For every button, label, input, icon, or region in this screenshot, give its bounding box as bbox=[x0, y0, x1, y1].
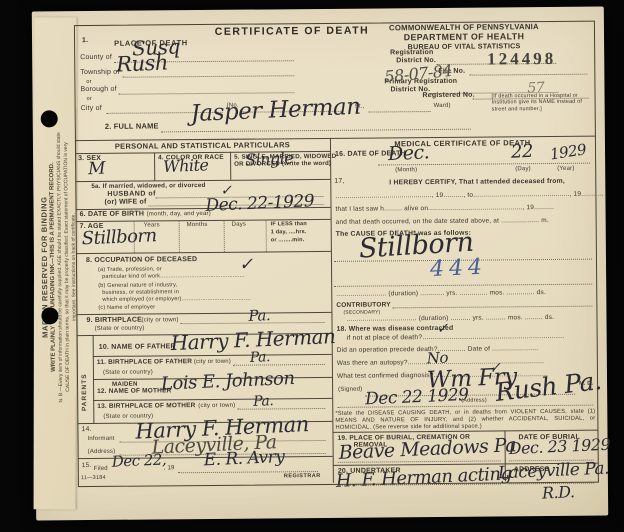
registered-no-label: Registered No. bbox=[423, 92, 475, 99]
punch-hole-top bbox=[41, 110, 58, 127]
husband-label-3: (or) WIFE of bbox=[104, 199, 146, 206]
county-label: County of bbox=[80, 54, 112, 61]
item18-value-checkmark: ✓ bbox=[436, 322, 448, 336]
birthplace-sub2: (State or country) bbox=[95, 326, 145, 332]
mother-birthplace-label: 13. BIRTHPLACE OF MOTHER bbox=[97, 402, 195, 410]
autopsy-value: No bbox=[427, 351, 449, 367]
date-of-death-month: Dec. bbox=[388, 143, 430, 164]
informant-label: Informant bbox=[87, 436, 114, 442]
father-birthplace-value: Pa. bbox=[250, 350, 271, 365]
scanned-death-certificate: MARGIN RESERVED FOR BINDING WRITE PLAINL… bbox=[0, 0, 624, 532]
ward-label: Ward) bbox=[434, 103, 451, 109]
birthplace-sub1: (city or town) bbox=[141, 317, 178, 323]
occupation-a-line2: particular kind of work.................… bbox=[102, 273, 245, 280]
undertaker-value: H. F. Herman acting bbox=[336, 465, 512, 491]
age-ifless-2: 1 day, ....hrs. bbox=[271, 229, 307, 235]
occupation-c-label: (c) Name of employer bbox=[98, 304, 155, 310]
township-value: Rush bbox=[116, 52, 169, 75]
occupation-label: 8. OCCUPATION OF DECEASED bbox=[86, 256, 197, 264]
city-label: City of bbox=[81, 105, 102, 112]
year-label: (Year) bbox=[557, 166, 574, 172]
address-label: (Address) bbox=[461, 398, 487, 404]
birthplace-value: Pa. bbox=[248, 308, 270, 324]
occupation-b-line3: which employed (or employer)............… bbox=[102, 296, 250, 303]
marital-value: Single bbox=[245, 150, 294, 168]
borough-label: Borough of bbox=[80, 86, 116, 93]
registration-district-label1: Registration bbox=[390, 49, 433, 56]
husband-label-1: 5a. If married, widowed, or divorced bbox=[91, 182, 205, 190]
mother-birthplace-value: Pa. bbox=[253, 394, 274, 409]
cause-footnote: *State the DISEASE CAUSING DEATH, or in … bbox=[335, 409, 595, 432]
parents-vertical-label: PARENTS bbox=[81, 355, 88, 411]
certificate-paper: MARGIN RESERVED FOR BINDING WRITE PLAINL… bbox=[32, 7, 608, 521]
filed-number: 15. bbox=[82, 462, 92, 469]
father-birthplace-label: 11. BIRTHPLACE OF FATHER bbox=[97, 358, 192, 366]
filed-label: Filed bbox=[94, 466, 108, 472]
age-value: Stillborn bbox=[81, 227, 157, 248]
margin-nb-line2: CAUSE OF DEATH in plain terms, so that i… bbox=[63, 142, 71, 392]
signed-label: (Signed) bbox=[338, 387, 362, 393]
occupation-value-checkmark: ✓ bbox=[239, 256, 253, 274]
dob-value: Dec. 22-1929 bbox=[205, 193, 314, 215]
mother-birthplace-sub1: (city or town) bbox=[198, 403, 235, 409]
contributory-label: CONTRIBUTORY bbox=[336, 301, 390, 308]
occupation-a-line1: (a) Trade, profession, or bbox=[98, 266, 162, 273]
burial-date-value: Dec. 23 1929 bbox=[508, 437, 610, 457]
age-ifless-3: or ........min. bbox=[271, 237, 305, 243]
registrar-signature: E. R. Avry bbox=[203, 449, 284, 470]
occupation-b-line2: business, or establishment in bbox=[102, 289, 179, 296]
month-label: (Month) bbox=[395, 167, 417, 173]
item17-number: 17, bbox=[334, 178, 344, 185]
item1-number: 1. bbox=[82, 37, 88, 44]
punch-hole-bottom bbox=[41, 307, 58, 324]
age-months-label: Months bbox=[187, 222, 208, 228]
husband-label-2: HUSBAND of bbox=[107, 190, 156, 197]
full-name-label: 2. FULL NAME bbox=[105, 121, 159, 130]
day-label: (Day) bbox=[515, 166, 531, 172]
cause-code-value: 444 bbox=[430, 257, 488, 281]
dob-sub-label: (month, day, and year) bbox=[147, 211, 211, 218]
township-label: Township of bbox=[80, 69, 119, 76]
filed-date-value: Dec 22, bbox=[111, 452, 166, 469]
or-label-1: or bbox=[86, 79, 91, 85]
age-ifless-1: IF LESS than bbox=[271, 221, 307, 227]
or-label-2: or bbox=[87, 96, 92, 102]
father-birthplace-sub1: (city or town) bbox=[194, 359, 231, 365]
informant-number: 14. bbox=[81, 426, 91, 433]
undertaker-address-value2: R.D. bbox=[542, 484, 575, 501]
registrar-label: REGISTRAR bbox=[284, 473, 321, 479]
filed-year-label: , 19 bbox=[164, 465, 175, 471]
dob-label: 6. DATE OF BIRTH bbox=[80, 211, 145, 219]
age-days-label: Days bbox=[232, 222, 247, 228]
undertaker-address-value1: Laceyville Pa. bbox=[498, 461, 610, 483]
race-value: White bbox=[163, 157, 209, 175]
date-of-death-day: 22 bbox=[511, 143, 534, 162]
hospital-note: [If death occurred in a Hospital or Inst… bbox=[492, 93, 594, 113]
father-birthplace-sub2: (State or country) bbox=[103, 369, 153, 375]
birthplace-label: 9. BIRTHPLACE bbox=[86, 317, 142, 324]
sex-value: M bbox=[88, 161, 106, 179]
form-number: 11—3184 bbox=[81, 475, 106, 481]
father-name-label: 10. NAME OF FATHER bbox=[99, 343, 176, 351]
occupation-b-line1: (b) General nature of industry, bbox=[98, 282, 177, 289]
file-number-stamp: 124498 bbox=[487, 49, 556, 70]
